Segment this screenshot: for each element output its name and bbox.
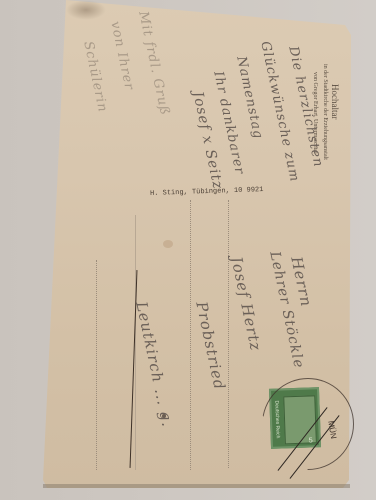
divider-line: [190, 200, 191, 470]
shadow: [66, 0, 106, 20]
address-line: [228, 200, 229, 468]
address-line: [96, 260, 97, 470]
stain: [163, 240, 173, 248]
header-line-1: in der Stadtkirche der Erziehungsanstalt: [322, 64, 328, 160]
header-title: Hochaltar: [330, 84, 340, 119]
card-bottom-edge: [43, 484, 350, 488]
address-line: [135, 215, 136, 470]
ink-dot: [162, 414, 166, 418]
